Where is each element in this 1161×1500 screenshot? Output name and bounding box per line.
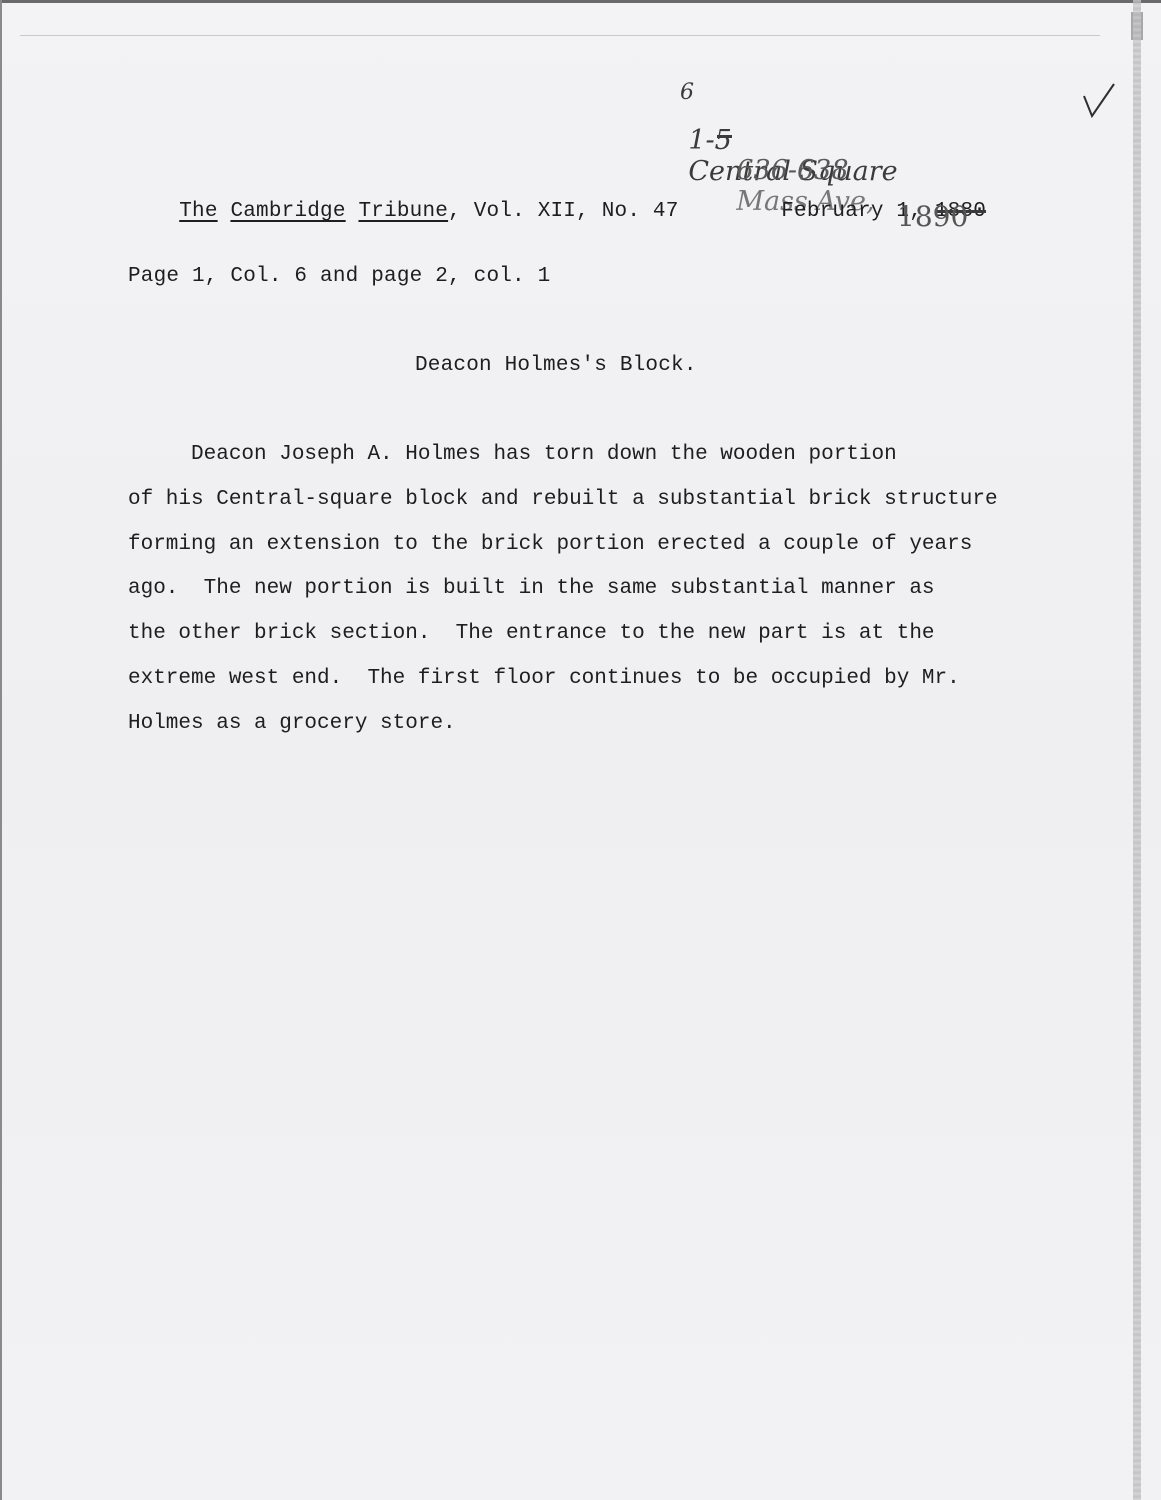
fold-line <box>20 35 1100 36</box>
article-line: ago. The new portion is built in the sam… <box>128 577 935 600</box>
page-column-reference: Page 1, Col. 6 and page 2, col. 1 <box>128 265 550 288</box>
volume-info: , Vol. XII, No. 47 <box>448 200 678 223</box>
publication-name-tribune: Tribune <box>358 200 448 223</box>
publication-line: The Cambridge Tribune, Vol. XII, No. 47 <box>128 177 679 246</box>
article-line: of his Central-square block and rebuilt … <box>128 488 998 511</box>
article-line: Deacon Joseph A. Holmes has torn down th… <box>128 443 897 466</box>
article-line: extreme west end. The first floor contin… <box>128 667 960 690</box>
checkmark-icon <box>1078 82 1118 122</box>
handwritten-year-1890: 1890 <box>897 200 968 233</box>
scanned-page: 6 1-5 Central Square 636-638 Mass Ave, T… <box>0 0 1161 1500</box>
scan-top-edge <box>0 0 1161 3</box>
scan-left-edge <box>0 0 2 1500</box>
publication-name-the: The <box>179 200 217 223</box>
article-line: Holmes as a grocery store. <box>128 712 456 735</box>
publication-name-cambridge: Cambridge <box>230 200 345 223</box>
article-title: Deacon Holmes's Block. <box>415 354 697 377</box>
scan-right-edge <box>1133 0 1141 1500</box>
article-line: forming an extension to the brick portio… <box>128 533 972 556</box>
article-line: the other brick section. The entrance to… <box>128 622 935 645</box>
